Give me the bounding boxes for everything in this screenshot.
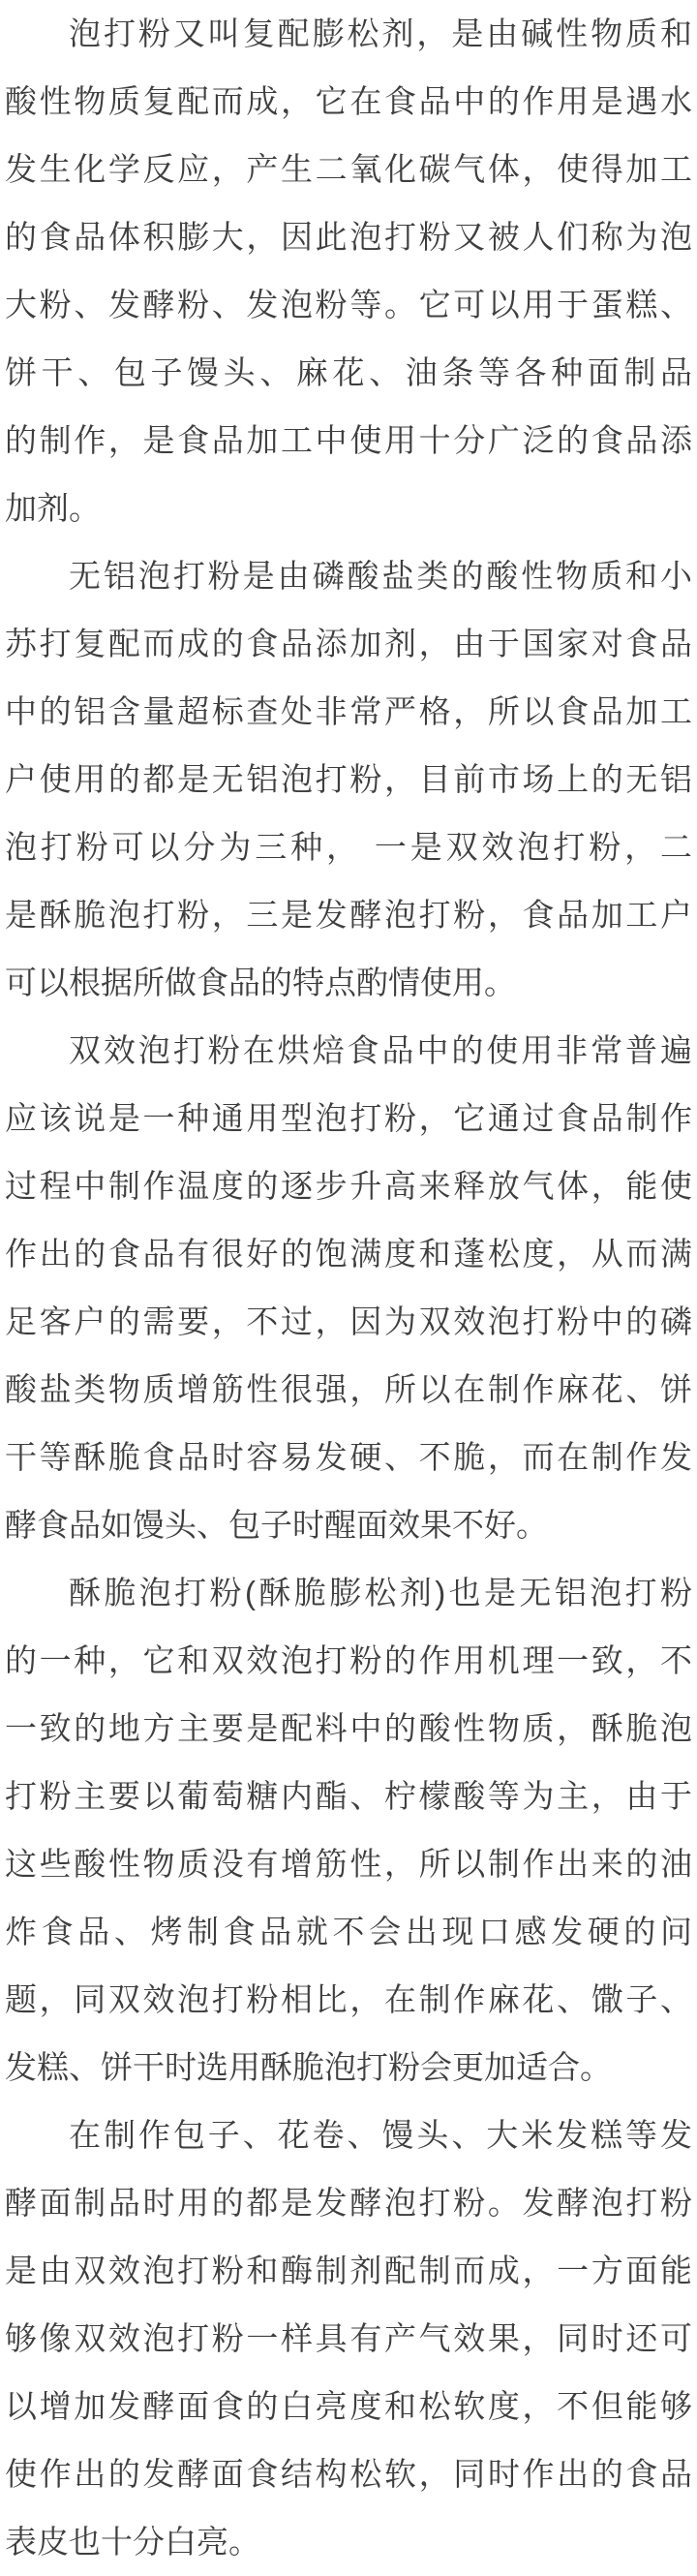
text-line: 题，同双效泡打粉相比，在制作麻花、馓子、: [5, 1966, 692, 2034]
document-body: 泡打粉又叫复配膨松剂，是由碱性物质和酸性物质复配而成，它在食品中的作用是遇水发生…: [0, 0, 697, 2576]
text-line: 泡打粉又叫复配膨松剂，是由碱性物质和: [5, 0, 692, 68]
text-line: 在制作包子、花卷、馒头、大米发糕等发: [5, 2101, 692, 2169]
text-line: 一致的地方主要是配料中的酸性物质，酥脆泡: [5, 1695, 692, 1763]
text-line: 酵面制品时用的都是发酵泡打粉。发酵泡打粉: [5, 2169, 692, 2237]
text-line: 酵食品如馒头、包子时醒面效果不好。: [5, 1491, 692, 1559]
text-line: 户使用的都是无铝泡打粉，目前市场上的无铝: [5, 746, 692, 813]
text-line: 无铝泡打粉是由磷酸盐类的酸性物质和小: [5, 542, 692, 610]
paragraph: 在制作包子、花卷、馒头、大米发糕等发酵面制品时用的都是发酵泡打粉。发酵泡打粉是由…: [5, 2101, 692, 2576]
text-line: 饼干、包子馒头、麻花、油条等各种面制品: [5, 339, 692, 407]
text-line: 的制作，是食品加工中使用十分广泛的食品添: [5, 407, 692, 475]
text-line: 是酥脆泡打粉，三是发酵泡打粉，食品加工户: [5, 881, 692, 949]
text-line: 使作出的发酵面食结构松软，同时作出的食品: [5, 2440, 692, 2508]
text-line: 大粉、发酵粉、发泡粉等。它可以用于蛋糕、: [5, 271, 692, 339]
text-line: 足客户的需要，不过，因为双效泡打粉中的磷: [5, 1288, 692, 1356]
text-line: 是由双效泡打粉和酶制剂配制而成，一方面能: [5, 2237, 692, 2305]
text-line: 表皮也十分白亮。: [5, 2508, 692, 2576]
text-line: 发糕、饼干时选用酥脆泡打粉会更加适合。: [5, 2034, 692, 2101]
text-line: 够像双效泡打粉一样具有产气效果，同时还可: [5, 2305, 692, 2373]
text-line: 双效泡打粉在烘焙食品中的使用非常普遍: [5, 1017, 692, 1085]
text-line: 酸性物质复配而成，它在食品中的作用是遇水: [5, 68, 692, 136]
paragraph: 双效泡打粉在烘焙食品中的使用非常普遍应该说是一种通用型泡打粉，它通过食品制作过程…: [5, 1017, 692, 1559]
paragraph: 酥脆泡打粉(酥脆膨松剂)也是无铝泡打粉的一种，它和双效泡打粉的作用机理一致，不一…: [5, 1559, 692, 2101]
text-line: 酥脆泡打粉(酥脆膨松剂)也是无铝泡打粉: [5, 1559, 692, 1627]
text-line: 中的铝含量超标查处非常严格，所以食品加工: [5, 678, 692, 746]
text-line: 泡打粉可以分为三种， 一是双效泡打粉，二: [5, 813, 692, 881]
paragraph: 无铝泡打粉是由磷酸盐类的酸性物质和小苏打复配而成的食品添加剂，由于国家对食品中的…: [5, 542, 692, 1017]
text-line: 作出的食品有很好的饱满度和蓬松度，从而满: [5, 1220, 692, 1288]
text-line: 打粉主要以葡萄糖内酯、柠檬酸等为主，由于: [5, 1763, 692, 1830]
text-line: 应该说是一种通用型泡打粉，它通过食品制作: [5, 1085, 692, 1152]
text-line: 过程中制作温度的逐步升高来释放气体，能使: [5, 1152, 692, 1220]
text-line: 以增加发酵面食的白亮度和松软度，不但能够: [5, 2373, 692, 2440]
paragraph: 泡打粉又叫复配膨松剂，是由碱性物质和酸性物质复配而成，它在食品中的作用是遇水发生…: [5, 0, 692, 542]
text-line: 炸食品、烤制食品就不会出现口感发硬的问: [5, 1898, 692, 1966]
text-line: 的一种，它和双效泡打粉的作用机理一致，不: [5, 1627, 692, 1695]
text-line: 这些酸性物质没有增筋性，所以制作出来的油: [5, 1830, 692, 1898]
text-line: 苏打复配而成的食品添加剂，由于国家对食品: [5, 610, 692, 678]
text-line: 的食品体积膨大，因此泡打粉又被人们称为泡: [5, 203, 692, 271]
text-line: 加剂。: [5, 475, 692, 542]
text-line: 发生化学反应，产生二氧化碳气体，使得加工: [5, 136, 692, 203]
text-line: 酸盐类物质增筋性很强，所以在制作麻花、饼: [5, 1356, 692, 1424]
text-line: 干等酥脆食品时容易发硬、不脆，而在制作发: [5, 1424, 692, 1491]
text-line: 可以根据所做食品的特点酌情使用。: [5, 949, 692, 1017]
